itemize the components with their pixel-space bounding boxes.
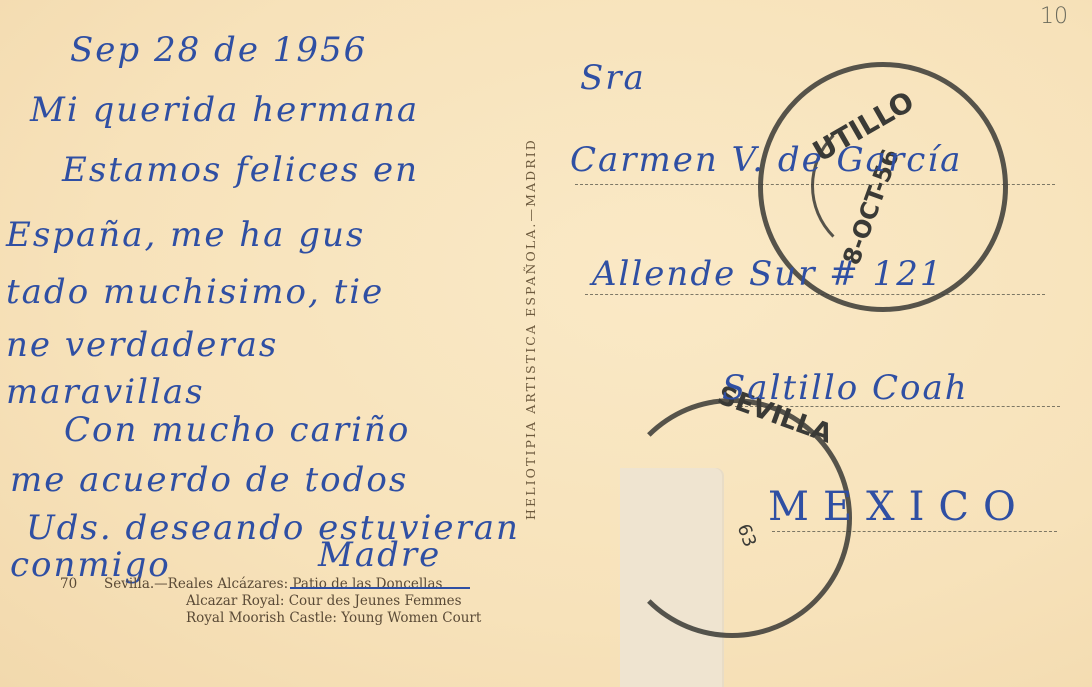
message-line: Uds. deseando estuvieran (26, 508, 520, 548)
message-line: tado muchisimo, tie (6, 272, 384, 312)
address-salutation: Sra (580, 58, 646, 98)
message-line: España, me ha gus (6, 215, 365, 255)
address-street: Allende Sur # 121 (592, 254, 943, 294)
caption-number: 70 (60, 576, 104, 593)
address-city: Saltillo Coah (722, 368, 969, 408)
postcard-back: 10 Sep 28 de 1956 Mi querida hermana Est… (0, 0, 1092, 687)
corner-number: 10 (1040, 4, 1068, 29)
ink-strikethrough (290, 587, 470, 589)
address-country: MEXICO (768, 484, 1030, 530)
message-line: me acuerdo de todos (10, 460, 408, 500)
address-rule (585, 294, 1045, 295)
publisher-imprint: HELIOTIPIA ARTISTICA ESPAÑOLA.—MADRID (523, 60, 538, 520)
message-line: ne verdaderas (6, 325, 278, 365)
message-line: Con mucho cariño (64, 410, 410, 450)
message-line: maravillas (6, 372, 205, 412)
caption: 70Sevilla.—Reales Alcázares: Patio de la… (60, 576, 481, 627)
caption-line-french: Alcazar Royal: Cour des Jeunes Femmes (60, 593, 481, 610)
caption-line-spanish: Sevilla.—Reales Alcázares: Patio de las … (104, 576, 442, 592)
address-name: Carmen V. de García (570, 140, 962, 180)
message-line: Mi querida hermana (30, 90, 419, 130)
message-line: Estamos felices en (62, 150, 419, 190)
signature: Madre (318, 535, 441, 575)
message-date: Sep 28 de 1956 (70, 30, 367, 70)
caption-line-english: Royal Moorish Castle: Young Women Court (60, 610, 481, 627)
